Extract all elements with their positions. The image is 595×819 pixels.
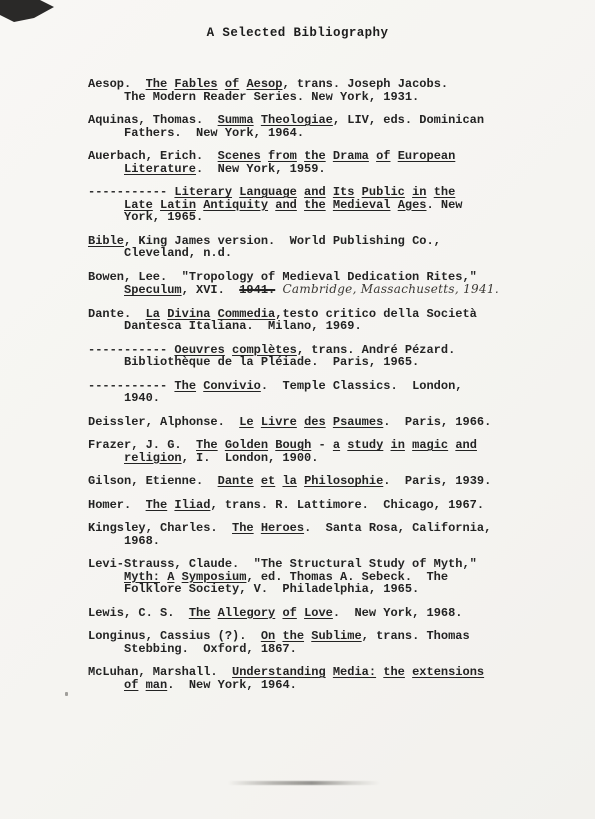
text-space: [297, 606, 304, 620]
bibliography-entry: ----------- Literary Language and Its Pu…: [88, 186, 528, 224]
text-space: [297, 415, 304, 429]
typed-text: Deissler, Alphonse.: [88, 415, 239, 429]
text-space: [383, 438, 390, 452]
entry-line: Homer. The Iliad, trans. R. Lattimore. C…: [88, 499, 528, 512]
bibliography-entry: ----------- The Convivio. Temple Classic…: [88, 380, 528, 405]
underlined-text: la: [282, 474, 296, 488]
entry-line: of man. New York, 1964.: [88, 679, 528, 692]
text-space: [254, 521, 261, 535]
underlined-text: Livre: [261, 415, 297, 429]
typed-text: , trans. R. Lattimore. Chicago, 1967.: [210, 498, 484, 512]
typed-text: Bibliothèque de la Pléiade. Paris, 1965.: [124, 355, 419, 369]
entry-line: 1968.: [88, 535, 528, 548]
underlined-text: and: [455, 438, 477, 452]
typed-text: Folklore Society, V. Philadelphia, 1965.: [124, 582, 419, 596]
bibliography-entries: Aesop. The Fables of Aesop, trans. Josep…: [88, 78, 528, 702]
entry-line: Speculum, XVI. 1941. Cambridge, Massachu…: [88, 283, 528, 297]
bibliography-entry: Longinus, Cassius (?). On the Sublime, t…: [88, 630, 528, 655]
text-space: [254, 474, 261, 488]
underlined-text: of: [376, 149, 390, 163]
underlined-text: Dante: [218, 474, 254, 488]
underlined-text: The: [232, 521, 254, 535]
text-space: [369, 149, 376, 163]
typed-text: Homer.: [88, 498, 146, 512]
scanned-bibliography-page: A Selected Bibliography Aesop. The Fable…: [0, 0, 595, 819]
text-space: [210, 606, 217, 620]
underlined-text: Literature: [124, 162, 196, 176]
entry-line: The Modern Reader Series. New York, 1931…: [88, 91, 528, 104]
struck-out-text: 1941.: [239, 283, 275, 297]
underlined-text: Allegory: [218, 606, 276, 620]
entry-line: Lewis, C. S. The Allegory of Love. New Y…: [88, 607, 528, 620]
underlined-text: The: [189, 606, 211, 620]
text-space: [297, 198, 304, 212]
underlined-text: Iliad: [174, 498, 210, 512]
bibliography-entry: Homer. The Iliad, trans. R. Lattimore. C…: [88, 499, 528, 512]
scan-corner-artifact: [0, 0, 54, 22]
text-space: [405, 665, 412, 679]
bibliography-entry: Levi-Strauss, Claude. "The Structural St…: [88, 558, 528, 596]
underlined-text: Media:: [333, 665, 376, 679]
bibliography-entry: Bible, King James version. World Publish…: [88, 235, 528, 260]
bibliography-entry: ----------- Oeuvres complètes, trans. An…: [88, 344, 528, 369]
page-title: A Selected Bibliography: [0, 26, 595, 40]
bibliography-entry: Aquinas, Thomas. Summa Theologiae, LIV, …: [88, 114, 528, 139]
underlined-text: et: [261, 474, 275, 488]
entry-line: religion, I. London, 1900.: [88, 452, 528, 465]
text-space: [297, 474, 304, 488]
underlined-text: Bible: [88, 234, 124, 248]
text-space: [326, 415, 333, 429]
bibliography-entry: Kingsley, Charles. The Heroes. Santa Ros…: [88, 522, 528, 547]
entry-line: Fathers. New York, 1964.: [88, 127, 528, 140]
underlined-text: European: [398, 149, 456, 163]
typed-text: Lewis, C. S.: [88, 606, 189, 620]
text-space: [326, 149, 333, 163]
underlined-text: the: [383, 665, 405, 679]
underlined-text: The: [174, 379, 196, 393]
underlined-text: Medieval: [333, 198, 391, 212]
underlined-text: Philosophie: [304, 474, 383, 488]
typed-text: . Paris, 1966.: [383, 415, 491, 429]
bibliography-entry: Aesop. The Fables of Aesop, trans. Josep…: [88, 78, 528, 103]
scan-smudge-artifact: [228, 781, 380, 785]
underlined-text: Heroes: [261, 521, 304, 535]
typed-text: The Modern Reader Series. New York, 1931…: [124, 90, 419, 104]
entry-line: Bibliothèque de la Pléiade. Paris, 1965.: [88, 356, 528, 369]
text-space: [326, 198, 333, 212]
entry-line: Dantesca Italiana. Milano, 1969.: [88, 320, 528, 333]
typed-text: Gilson, Etienne.: [88, 474, 218, 488]
text-space: [326, 665, 333, 679]
underlined-text: the: [304, 198, 326, 212]
bibliography-entry: Deissler, Alphonse. Le Livre des Psaumes…: [88, 416, 528, 429]
typed-text: Dantesca Italiana. Milano, 1969.: [124, 319, 362, 333]
underlined-text: Psaumes: [333, 415, 383, 429]
underlined-text: of: [282, 606, 296, 620]
typed-text: York, 1965.: [124, 210, 203, 224]
handwritten-annotation: Cambridge, Massachusetts, 1941.: [282, 282, 499, 296]
entry-line: York, 1965.: [88, 211, 528, 224]
scan-speck-artifact: [65, 692, 68, 696]
bibliography-entry: Bowen, Lee. "Tropology of Medieval Dedic…: [88, 271, 528, 297]
underlined-text: of: [124, 678, 138, 692]
text-space: [390, 198, 397, 212]
underlined-text: religion: [124, 451, 182, 465]
entry-line: Gilson, Etienne. Dante et la Philosophie…: [88, 475, 528, 488]
typed-text: . New York, 1959.: [196, 162, 326, 176]
bibliography-entry: Frazer, J. G. The Golden Bough - a study…: [88, 439, 528, 464]
underlined-text: extensions: [412, 665, 484, 679]
bibliography-entry: Dante. La Divina Commedia,testo critico …: [88, 308, 528, 333]
typed-text: , LIV, eds. Dominican: [333, 113, 484, 127]
text-space: [138, 678, 145, 692]
bibliography-entry: Gilson, Etienne. Dante et la Philosophie…: [88, 475, 528, 488]
underlined-text: Antiquity: [203, 198, 268, 212]
typed-text: . New: [427, 198, 463, 212]
entry-line: Deissler, Alphonse. Le Livre des Psaumes…: [88, 416, 528, 429]
underlined-text: Convivio: [203, 379, 261, 393]
underlined-text: Speculum: [124, 283, 182, 297]
entry-line: Stebbing. Oxford, 1867.: [88, 643, 528, 656]
bibliography-entry: Lewis, C. S. The Allegory of Love. New Y…: [88, 607, 528, 620]
underlined-text: a: [333, 438, 340, 452]
typed-text: , trans. Thomas: [362, 629, 470, 643]
underlined-text: Le: [239, 415, 253, 429]
text-space: [254, 415, 261, 429]
underlined-text: des: [304, 415, 326, 429]
underlined-text: Ages: [398, 198, 427, 212]
entry-line: Folklore Society, V. Philadelphia, 1965.: [88, 583, 528, 596]
typed-text: , XVI.: [182, 283, 240, 297]
underlined-text: Love: [304, 606, 333, 620]
underlined-text: The: [146, 498, 168, 512]
underlined-text: in: [391, 438, 405, 452]
typed-text: 1940.: [124, 391, 160, 405]
underlined-text: magic: [412, 438, 448, 452]
typed-text: . New York, 1968.: [333, 606, 463, 620]
entry-line: Literature. New York, 1959.: [88, 163, 528, 176]
typed-text: . New York, 1964.: [167, 678, 297, 692]
bibliography-entry: McLuhan, Marshall. Understanding Media: …: [88, 666, 528, 691]
typed-text: Cleveland, n.d.: [124, 246, 232, 260]
typed-text: 1968.: [124, 534, 160, 548]
text-space: [391, 149, 398, 163]
typed-text: , I. London, 1900.: [182, 451, 319, 465]
typed-text: . Santa Rosa, California,: [304, 521, 491, 535]
underlined-text: study: [347, 438, 383, 452]
typed-text: Kingsley, Charles.: [88, 521, 232, 535]
typed-text: . Temple Classics. London,: [261, 379, 463, 393]
entry-line: Cleveland, n.d.: [88, 247, 528, 260]
bibliography-entry: Auerbach, Erich. Scenes from the Drama o…: [88, 150, 528, 175]
underlined-text: Sublime: [311, 629, 361, 643]
entry-line: 1940.: [88, 392, 528, 405]
underlined-text: and: [275, 198, 297, 212]
typed-text: Stebbing. Oxford, 1867.: [124, 642, 297, 656]
typed-text: . Paris, 1939.: [383, 474, 491, 488]
underlined-text: man: [146, 678, 168, 692]
typed-text: Fathers. New York, 1964.: [124, 126, 304, 140]
underlined-text: Drama: [333, 149, 369, 163]
